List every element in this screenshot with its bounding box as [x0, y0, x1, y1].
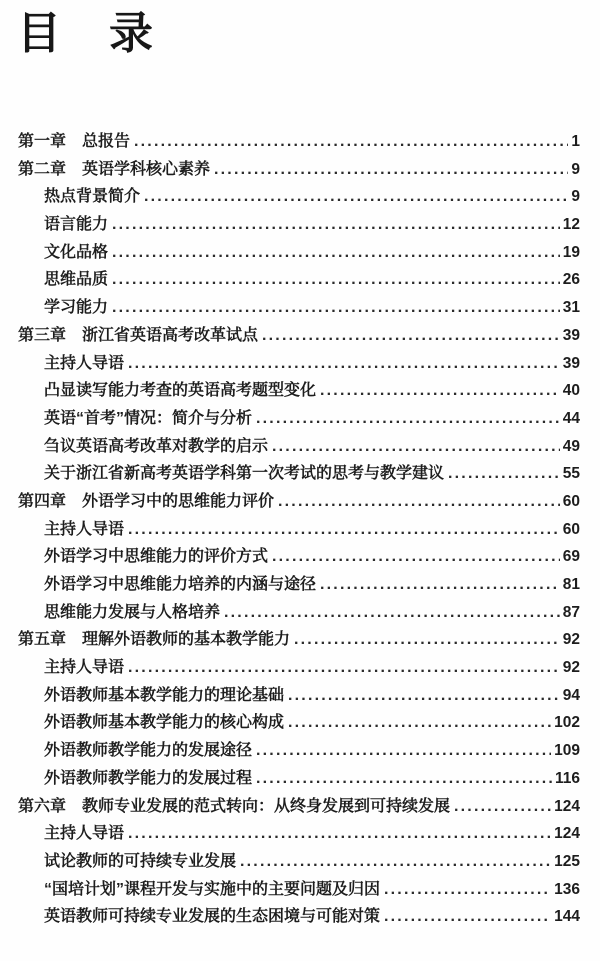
dots-leader: [320, 382, 560, 400]
dots-leader: [112, 299, 560, 317]
toc-entry-page: 40: [563, 382, 580, 400]
toc-entry: 主持人导语60: [18, 516, 580, 544]
toc-entry-page: 92: [563, 631, 580, 649]
toc-entry: 凸显读写能力考查的英语高考题型变化40: [18, 377, 580, 405]
toc-entry: 试论教师的可持续专业发展125: [18, 848, 580, 876]
dots-leader: [272, 438, 560, 456]
toc-entry-title: 主持人导语: [44, 516, 124, 539]
toc-entry-title: 外语教师基本教学能力的理论基础: [44, 682, 284, 705]
toc-entry-page: 94: [563, 687, 580, 705]
toc-entry-page: 1: [571, 133, 580, 151]
dots-leader: [128, 355, 560, 373]
toc-entry: 第三章 浙江省英语高考改革试点39: [18, 322, 580, 350]
toc-entry-title: 外语学习中思维能力的评价方式: [44, 543, 268, 566]
dots-leader: [240, 853, 551, 871]
dots-leader: [448, 465, 560, 483]
toc-entry-title: 第四章 外语学习中的思维能力评价: [18, 488, 274, 511]
dots-leader: [256, 742, 551, 760]
toc-entry-page: 39: [563, 355, 580, 373]
toc-entry-page: 124: [554, 825, 580, 843]
toc-entry: 主持人导语92: [18, 654, 580, 682]
toc-entry: 主持人导语39: [18, 350, 580, 378]
toc-entry: 学习能力31: [18, 294, 580, 322]
toc-entry: 英语“首考”情况：简介与分析44: [18, 405, 580, 433]
toc-entry: 思维能力发展与人格培养87: [18, 599, 580, 627]
toc-entry-title: 思维能力发展与人格培养: [44, 599, 220, 622]
toc-entry: 外语学习中思维能力的评价方式69: [18, 543, 580, 571]
dots-leader: [454, 798, 551, 816]
toc-entry-page: 92: [563, 659, 580, 677]
toc-entry-page: 109: [554, 742, 580, 760]
toc-entry: 语言能力12: [18, 211, 580, 239]
toc-entry-page: 124: [554, 798, 580, 816]
toc-entry-title: 思维品质: [44, 266, 108, 289]
dots-leader: [262, 327, 560, 345]
toc-entry: 英语教师可持续专业发展的生态困境与可能对策144: [18, 903, 580, 931]
dots-leader: [278, 493, 560, 511]
toc-entry-page: 116: [555, 770, 580, 788]
toc-entry-title: 外语教师基本教学能力的核心构成: [44, 709, 284, 732]
toc-entry-title: 语言能力: [44, 211, 108, 234]
dots-leader: [214, 161, 568, 179]
page-title: 目 录: [17, 8, 155, 61]
toc-entry: 热点背景简介9: [18, 183, 580, 211]
dots-leader: [128, 521, 560, 539]
dots-leader: [384, 881, 551, 899]
toc-entry-title: 关于浙江省新高考英语学科第一次考试的思考与教学建议: [44, 460, 444, 483]
toc-entry-page: 39: [563, 327, 580, 345]
dots-leader: [256, 410, 560, 428]
toc-entry: 外语教师教学能力的发展途径109: [18, 737, 580, 765]
toc-entry-title: 第一章 总报告: [18, 128, 130, 151]
toc-entry-title: 主持人导语: [44, 654, 124, 677]
toc-entry-title: 外语学习中思维能力培养的内涵与途径: [44, 571, 316, 594]
dots-leader: [144, 188, 568, 206]
toc-entry: 关于浙江省新高考英语学科第一次考试的思考与教学建议55: [18, 460, 580, 488]
toc-entry-page: 87: [563, 604, 580, 622]
dots-leader: [294, 631, 560, 649]
dots-leader: [128, 659, 560, 677]
toc-entry: 第二章 英语学科核心素养9: [18, 156, 580, 184]
toc-entry-title: 主持人导语: [44, 820, 124, 843]
toc-entry-title: “国培计划”课程开发与实施中的主要问题及归因: [44, 876, 380, 899]
toc-entry-page: 9: [571, 161, 580, 179]
toc-entry: 外语教师基本教学能力的理论基础94: [18, 682, 580, 710]
toc-entry: 文化品格19: [18, 239, 580, 267]
toc-entry-page: 60: [563, 493, 580, 511]
toc-entry-page: 31: [563, 299, 580, 317]
toc-entry-page: 49: [563, 438, 580, 456]
toc-entry-page: 44: [563, 410, 580, 428]
toc-entry-page: 81: [563, 576, 580, 594]
toc-entry-title: 学习能力: [44, 294, 108, 317]
toc-entry-title: 刍议英语高考改革对教学的启示: [44, 433, 268, 456]
toc-entry-page: 55: [563, 465, 580, 483]
toc-entry-title: 第五章 理解外语教师的基本教学能力: [18, 626, 290, 649]
toc-entry-page: 26: [563, 271, 580, 289]
toc-entry: 第六章 教师专业发展的范式转向：从终身发展到可持续发展124: [18, 793, 580, 821]
toc-entry: 刍议英语高考改革对教学的启示49: [18, 433, 580, 461]
toc-entry-title: 外语教师教学能力的发展过程: [44, 765, 252, 788]
toc-entry: 外语教师基本教学能力的核心构成102: [18, 709, 580, 737]
toc-entry: 外语教师教学能力的发展过程116: [18, 765, 580, 793]
toc-list: 第一章 总报告1第二章 英语学科核心素养9热点背景简介9语言能力12文化品格19…: [18, 128, 580, 931]
toc-entry-page: 125: [554, 853, 580, 871]
dots-leader: [288, 714, 551, 732]
toc-entry-page: 144: [554, 908, 580, 926]
toc-entry-page: 60: [563, 521, 580, 539]
dots-leader: [128, 825, 551, 843]
toc-entry: 第一章 总报告1: [18, 128, 580, 156]
toc-entry-title: 外语教师教学能力的发展途径: [44, 737, 252, 760]
toc-entry: 第四章 外语学习中的思维能力评价60: [18, 488, 580, 516]
toc-entry-title: 试论教师的可持续专业发展: [44, 848, 236, 871]
dots-leader: [384, 908, 551, 926]
dots-leader: [112, 244, 560, 262]
toc-entry: 外语学习中思维能力培养的内涵与途径81: [18, 571, 580, 599]
toc-entry-title: 英语“首考”情况：简介与分析: [44, 405, 252, 428]
toc-entry-title: 凸显读写能力考查的英语高考题型变化: [44, 377, 316, 400]
toc-entry-page: 69: [563, 548, 580, 566]
toc-entry-title: 第二章 英语学科核心素养: [18, 156, 210, 179]
dots-leader: [272, 548, 560, 566]
toc-entry-page: 102: [554, 714, 580, 732]
toc-entry-title: 文化品格: [44, 239, 108, 262]
dots-leader: [224, 604, 560, 622]
dots-leader: [134, 133, 568, 151]
toc-entry-title: 主持人导语: [44, 350, 124, 373]
toc-entry: 思维品质26: [18, 266, 580, 294]
toc-entry-page: 9: [571, 188, 580, 206]
toc-entry-page: 19: [563, 244, 580, 262]
toc-entry-page: 12: [563, 216, 580, 234]
dots-leader: [112, 216, 560, 234]
dots-leader: [320, 576, 560, 594]
toc-entry-page: 136: [554, 881, 580, 899]
toc-entry-title: 第三章 浙江省英语高考改革试点: [18, 322, 258, 345]
toc-entry-title: 热点背景简介: [44, 183, 140, 206]
toc-entry-title: 第六章 教师专业发展的范式转向：从终身发展到可持续发展: [18, 793, 450, 816]
toc-entry-title: 英语教师可持续专业发展的生态困境与可能对策: [44, 903, 380, 926]
toc-entry: 第五章 理解外语教师的基本教学能力92: [18, 626, 580, 654]
toc-entry: 主持人导语124: [18, 820, 580, 848]
dots-leader: [256, 770, 552, 788]
toc-page: 目 录 第一章 总报告1第二章 英语学科核心素养9热点背景简介9语言能力12文化…: [0, 0, 600, 961]
dots-leader: [112, 271, 560, 289]
toc-entry: “国培计划”课程开发与实施中的主要问题及归因136: [18, 876, 580, 904]
dots-leader: [288, 687, 560, 705]
